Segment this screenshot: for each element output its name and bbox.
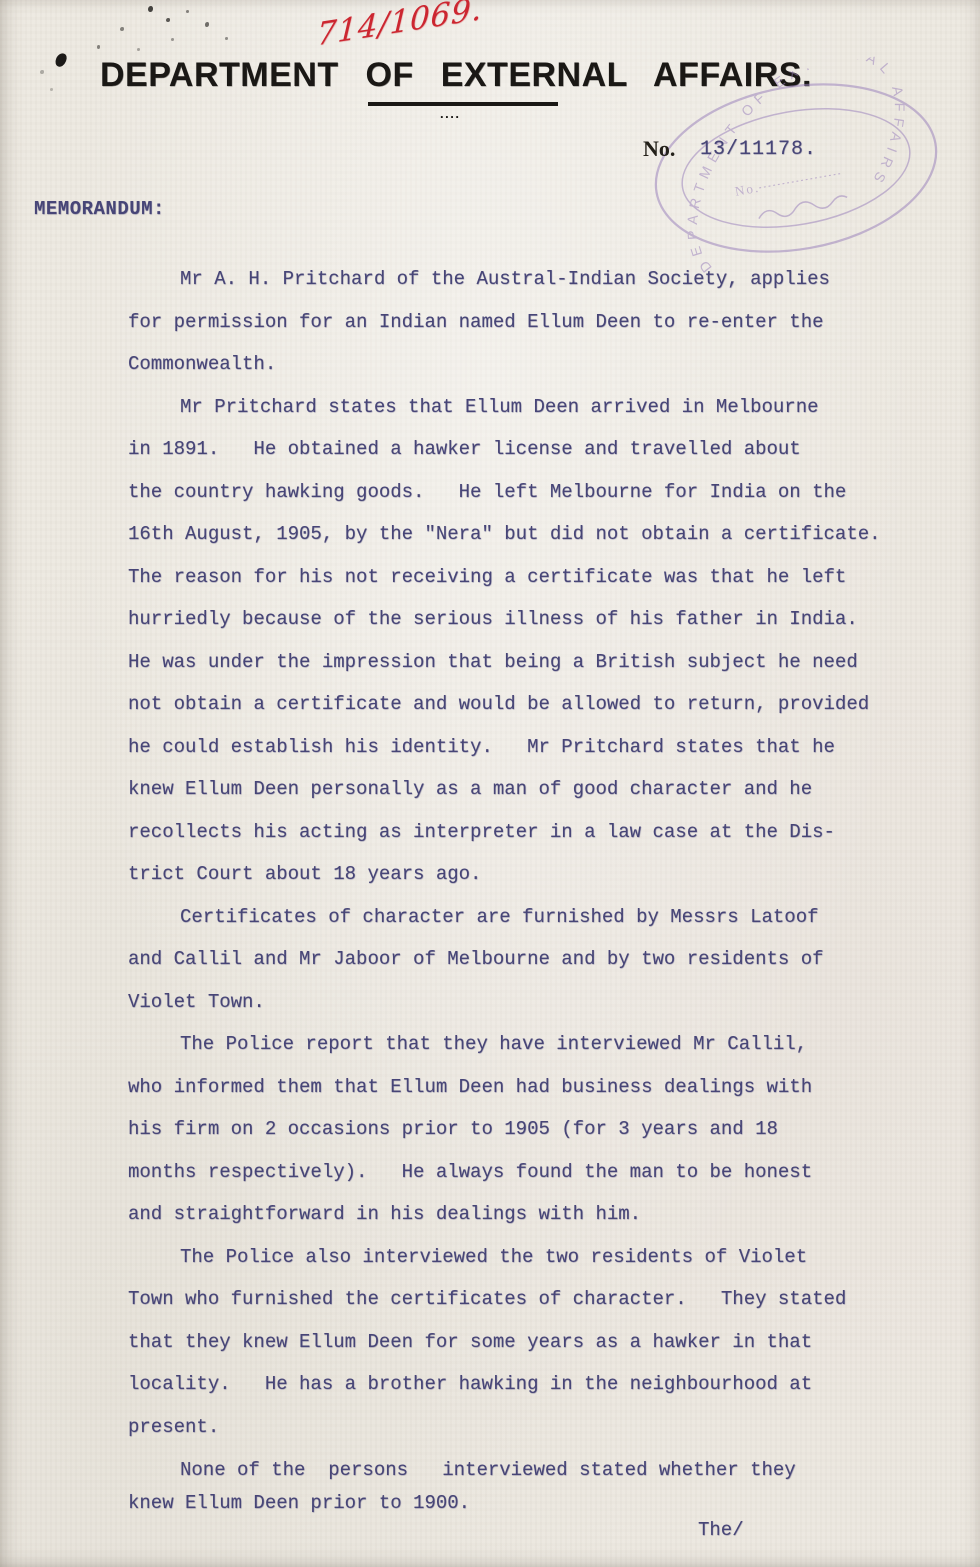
memo-paragraph: Mr Pritchard states that Ellum Deen arri… bbox=[128, 386, 920, 896]
stamp-signature-squiggle bbox=[757, 195, 848, 221]
stamp-number-label: No. bbox=[734, 180, 761, 199]
memo-paragraph: Certificates of character are furnished … bbox=[128, 896, 920, 1024]
ink-speck bbox=[166, 18, 170, 22]
memo-paragraph: None of the persons interviewed stated w… bbox=[128, 1454, 920, 1520]
scanned-memorandum-page: 714/1069. DEPARTMENT OF EXTERNAL AFFAIRS… bbox=[0, 0, 980, 1567]
file-number-value: 13/11178. bbox=[700, 138, 817, 161]
ink-speck bbox=[40, 70, 44, 74]
department-title: DEPARTMENT OF EXTERNAL AFFAIRS. bbox=[100, 56, 812, 95]
ink-speck bbox=[148, 6, 153, 12]
ink-speck bbox=[97, 45, 100, 49]
page-continuation-mark: The/ bbox=[698, 1519, 744, 1541]
memo-paragraph: The Police also interviewed the two resi… bbox=[128, 1236, 920, 1449]
ink-speck bbox=[225, 37, 228, 40]
ink-speck bbox=[50, 88, 53, 91]
stamp-inner-ring bbox=[673, 92, 919, 244]
handwritten-file-number: 714/1069. bbox=[316, 0, 483, 53]
file-number-label: No. bbox=[643, 136, 675, 162]
ink-speck bbox=[171, 38, 174, 41]
ink-speck bbox=[205, 22, 209, 27]
memo-body: Mr A. H. Pritchard of the Austral-Indian… bbox=[128, 258, 920, 1520]
memo-paragraph: The Police report that they have intervi… bbox=[128, 1023, 920, 1236]
title-divider-dots: .... bbox=[440, 106, 460, 121]
title-divider-rule bbox=[368, 102, 558, 106]
stamp-dotted-line bbox=[759, 173, 843, 188]
ink-speck bbox=[186, 10, 189, 13]
memo-paragraph: Mr A. H. Pritchard of the Austral-Indian… bbox=[128, 258, 920, 386]
ink-speck bbox=[120, 27, 124, 31]
ink-speck bbox=[137, 48, 140, 51]
memorandum-label: MEMORANDUM: bbox=[34, 198, 165, 220]
ink-speck bbox=[54, 52, 69, 69]
